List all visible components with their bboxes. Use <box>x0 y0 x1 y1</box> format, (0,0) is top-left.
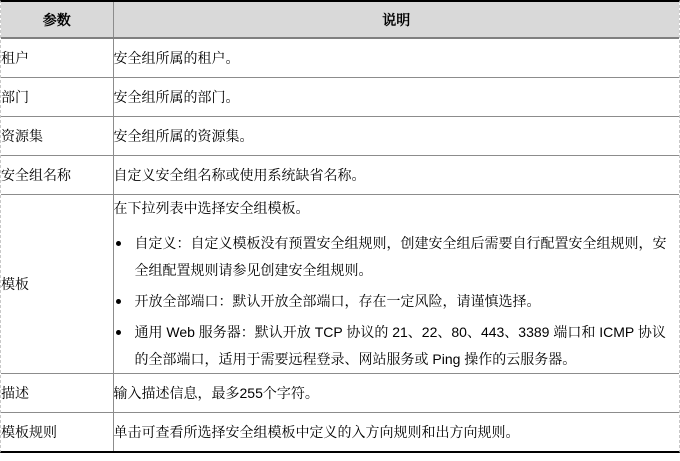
row-department: 部门 安全组所属的部门。 <box>1 78 679 117</box>
bullet-icon <box>116 241 121 246</box>
template-options-list: 自定义：自定义模板没有预置安全组规则，创建安全组后需要自行配置安全组规则，安全组… <box>114 230 680 373</box>
param-cell: 模板 <box>1 195 113 374</box>
parameter-table-container: 参数 说明 租户 安全组所属的租户。 部门 安全组所属的部门。 资源集 安全组所… <box>0 0 680 453</box>
row-security-group-name: 安全组名称 自定义安全组名称或使用系统缺省名称。 <box>1 156 679 195</box>
bullet-icon <box>116 299 121 304</box>
list-item: 通用 Web 服务器：默认开放 TCP 协议的 21、22、80、443、338… <box>114 319 680 373</box>
bullet-icon <box>116 330 121 335</box>
param-cell: 模板规则 <box>1 413 113 452</box>
row-template: 模板 在下拉列表中选择安全组模板。 自定义：自定义模板没有预置安全组规则，创建安… <box>1 195 679 374</box>
desc-column-header: 说明 <box>113 2 679 38</box>
desc-cell: 安全组所属的租户。 <box>113 38 679 78</box>
desc-cell: 自定义安全组名称或使用系统缺省名称。 <box>113 156 679 195</box>
list-item: 自定义：自定义模板没有预置安全组规则，创建安全组后需要自行配置安全组规则，安全组… <box>114 230 680 284</box>
row-resource-set: 资源集 安全组所属的资源集。 <box>1 117 679 156</box>
template-intro-text: 在下拉列表中选择安全组模板。 <box>114 195 680 222</box>
desc-cell: 单击可查看所选择安全组模板中定义的入方向规则和出方向规则。 <box>113 413 679 452</box>
param-cell: 部门 <box>1 78 113 117</box>
desc-cell: 输入描述信息，最多255个字符。 <box>113 374 679 413</box>
row-description: 描述 输入描述信息，最多255个字符。 <box>1 374 679 413</box>
header-row: 参数 说明 <box>1 2 679 38</box>
list-item-text: 自定义：自定义模板没有预置安全组规则，创建安全组后需要自行配置安全组规则，安全组… <box>135 235 667 278</box>
parameter-table: 参数 说明 租户 安全组所属的租户。 部门 安全组所属的部门。 资源集 安全组所… <box>1 2 679 451</box>
param-cell: 描述 <box>1 374 113 413</box>
param-cell: 安全组名称 <box>1 156 113 195</box>
list-item-text: 开放全部端口：默认开放全部端口，存在一定风险，请谨慎选择。 <box>135 293 541 309</box>
param-column-header: 参数 <box>1 2 113 38</box>
desc-cell: 在下拉列表中选择安全组模板。 自定义：自定义模板没有预置安全组规则，创建安全组后… <box>113 195 679 374</box>
param-cell: 资源集 <box>1 117 113 156</box>
row-tenant: 租户 安全组所属的租户。 <box>1 38 679 78</box>
desc-cell: 安全组所属的部门。 <box>113 78 679 117</box>
row-template-rules: 模板规则 单击可查看所选择安全组模板中定义的入方向规则和出方向规则。 <box>1 413 679 452</box>
list-item: 开放全部端口：默认开放全部端口，存在一定风险，请谨慎选择。 <box>114 288 680 315</box>
desc-cell: 安全组所属的资源集。 <box>113 117 679 156</box>
param-cell: 租户 <box>1 38 113 78</box>
list-item-text: 通用 Web 服务器：默认开放 TCP 协议的 21、22、80、443、338… <box>135 324 666 367</box>
